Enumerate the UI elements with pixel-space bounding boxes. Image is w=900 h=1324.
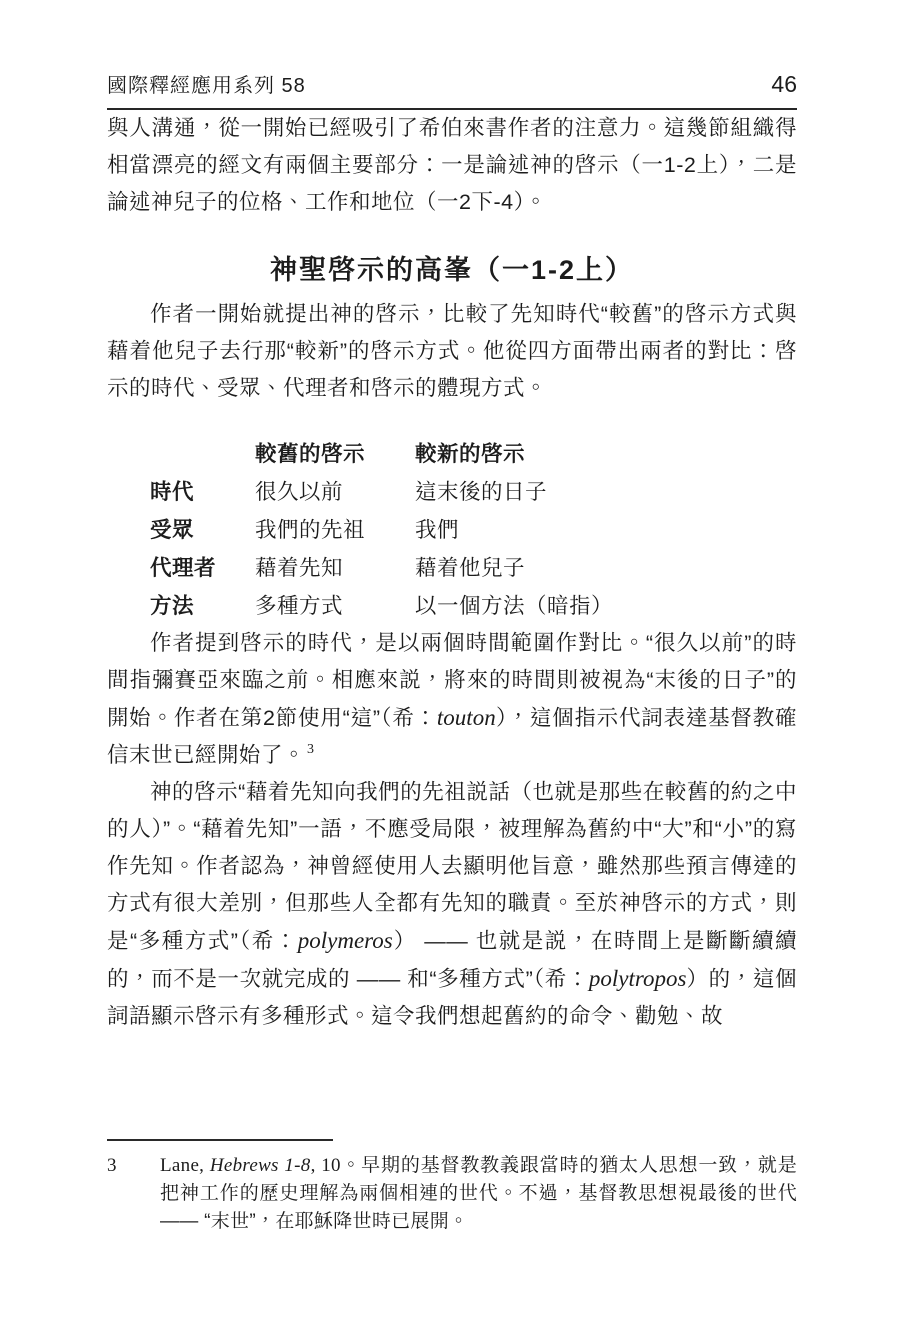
row-label: 時代 — [150, 473, 255, 511]
book-page: 國際釋經應用系列 58 46 與人溝通，從一開始已經吸引了希伯來書作者的注意力。… — [0, 0, 900, 1324]
cell-old: 藉着先知 — [255, 549, 415, 587]
row-label: 受眾 — [150, 511, 255, 549]
row-label: 代理者 — [150, 549, 255, 587]
footnote-citation-author: Lane, — [160, 1155, 210, 1176]
section-heading: 神聖啓示的高峯（一1-2上） — [107, 250, 797, 290]
corner-cell — [150, 435, 255, 473]
cell-new: 以一個方法（暗指） — [415, 587, 797, 625]
comparison-table: 較舊的啓示 較新的啓示 時代 很久以前 這末後的日子 受眾 我們的先祖 我們 代… — [150, 435, 797, 625]
greek-term-polytropos: polytropos — [589, 966, 687, 991]
era-paragraph: 作者提到啓示的時代，是以兩個時間範圍作對比。“很久以前”的時間指彌賽亞來臨之前。… — [107, 625, 797, 774]
page-content: 國際釋經應用系列 58 46 與人溝通，從一開始已經吸引了希伯來書作者的注意力。… — [107, 0, 797, 1035]
cell-new: 藉着他兒子 — [415, 549, 797, 587]
greek-term-polymeros: polymeros — [298, 928, 393, 953]
footnote-separator — [107, 1139, 333, 1141]
footnote-item: 3 Lane, Hebrews 1-8, 10。早期的基督教教義跟當時的猶太人思… — [107, 1152, 797, 1236]
intro-paragraph: 與人溝通，從一開始已經吸引了希伯來書作者的注意力。這幾節組織得相當漂亮的經文有兩… — [107, 110, 797, 221]
footnote-text: Lane, Hebrews 1-8, 10。早期的基督教教義跟當時的猶太人思想一… — [160, 1152, 797, 1236]
column-header-new: 較新的啓示 — [415, 435, 797, 473]
cell-new: 我們 — [415, 511, 797, 549]
footnote-number: 3 — [107, 1152, 160, 1236]
series-title: 國際釋經應用系列 58 — [107, 74, 306, 98]
footnote-ref-3: 3 — [307, 742, 315, 757]
cell-old: 很久以前 — [255, 473, 415, 511]
page-number: 46 — [771, 72, 797, 96]
cell-old: 我們的先祖 — [255, 511, 415, 549]
agents-text-1: 神的啓示“藉着先知向我們的先祖説話（也就是那些在較舊的約之中的人）”。“藉着先知… — [107, 780, 797, 953]
footnote-section: 3 Lane, Hebrews 1-8, 10。早期的基督教教義跟當時的猶太人思… — [107, 1139, 797, 1236]
footnote-citation-page: , 10 — [311, 1155, 341, 1176]
cell-new: 這末後的日子 — [415, 473, 797, 511]
overview-paragraph: 作者一開始就提出神的啓示，比較了先知時代“較舊”的啓示方式與藉着他兒子去行那“較… — [107, 296, 797, 407]
greek-term-touton: touton — [437, 705, 496, 730]
page-header: 國際釋經應用系列 58 46 — [107, 72, 797, 110]
cell-old: 多種方式 — [255, 587, 415, 625]
row-label: 方法 — [150, 587, 255, 625]
column-header-old: 較舊的啓示 — [255, 435, 415, 473]
agents-paragraph: 神的啓示“藉着先知向我們的先祖説話（也就是那些在較舊的約之中的人）”。“藉着先知… — [107, 774, 797, 1035]
footnote-citation-title: Hebrews 1-8 — [210, 1155, 311, 1176]
